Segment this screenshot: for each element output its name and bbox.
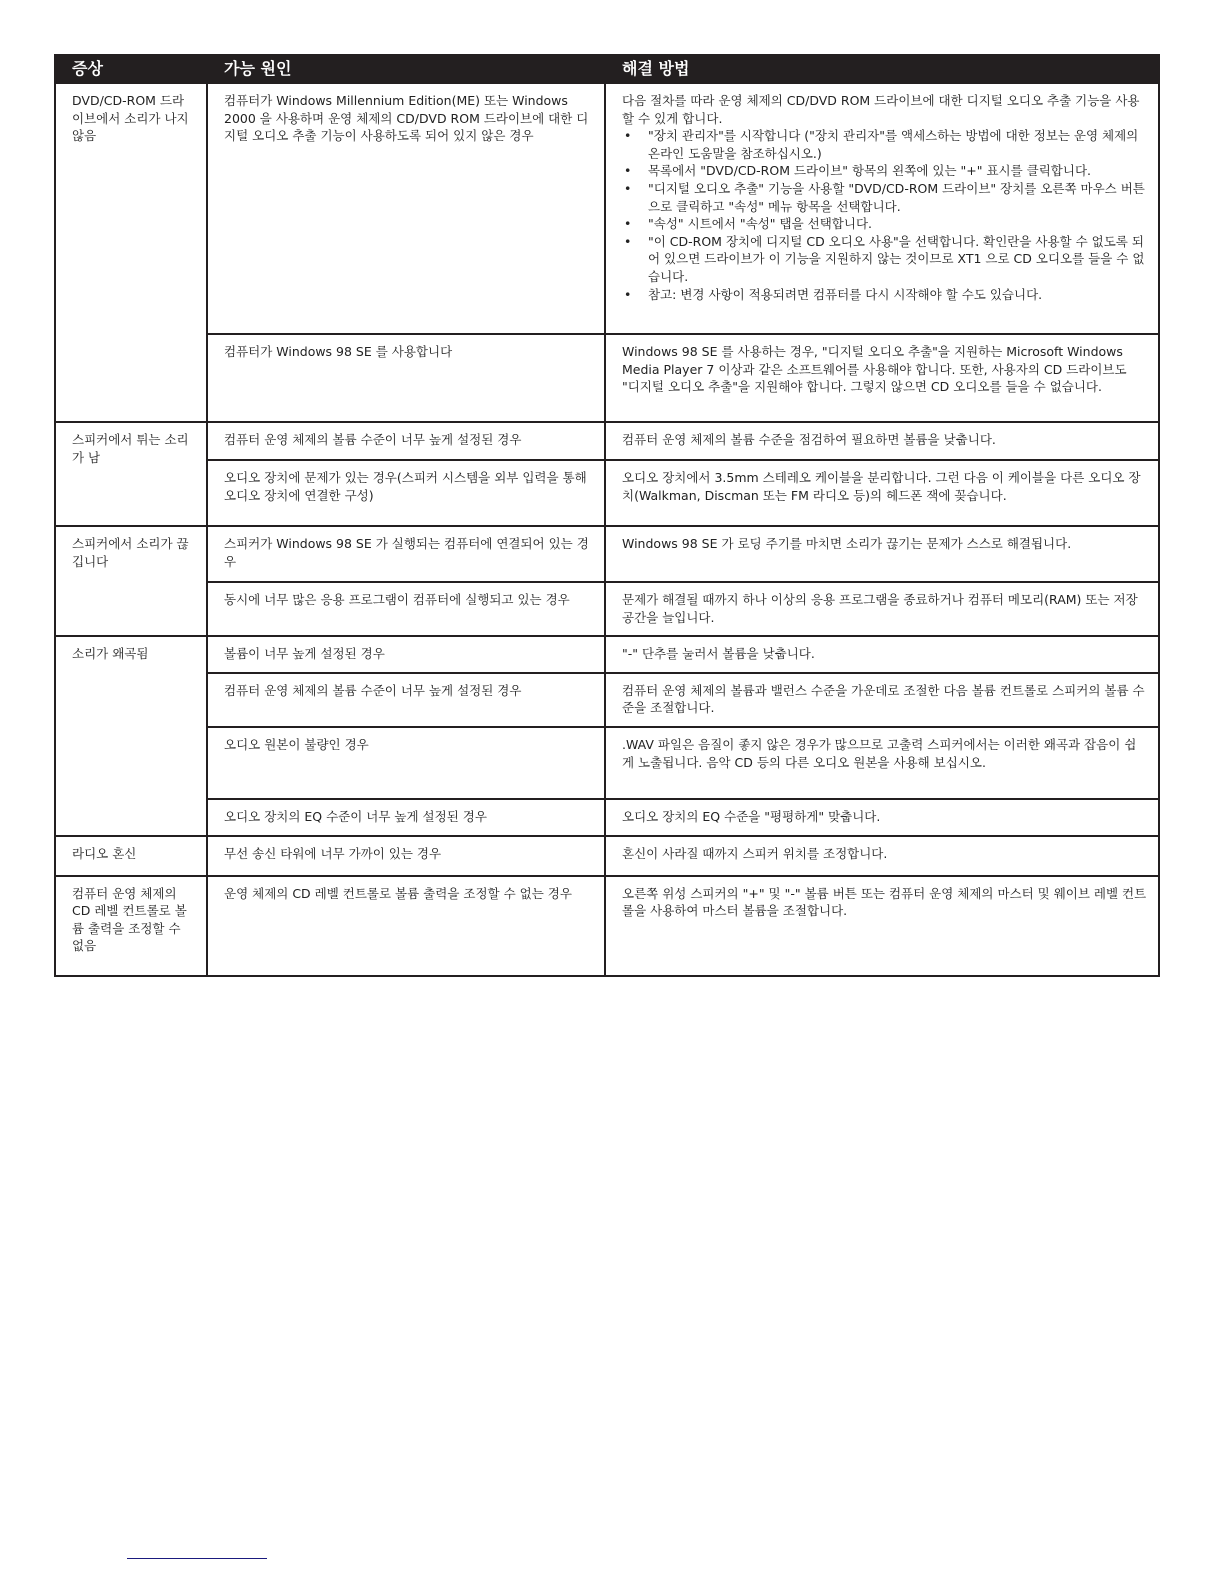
header-solution: 해결 방법 (605, 55, 1159, 83)
symptom-cell: DVD/CD-ROM 드라이브에서 소리가 나지 않음 (55, 83, 207, 422)
cause-cell: 컴퓨터 운영 체제의 볼륨 수준이 너무 높게 설정된 경우 (207, 422, 605, 460)
solution-cell: 컴퓨터 운영 체제의 볼륨 수준을 점검하여 필요하면 볼륨을 낮춥니다. (605, 422, 1159, 460)
cause-cell: 컴퓨터가 Windows Millennium Edition(ME) 또는 W… (207, 83, 605, 334)
cause-cell: 볼륨이 너무 높게 설정된 경우 (207, 636, 605, 673)
solution-cell: 문제가 해결될 때까지 하나 이상의 응용 프로그램을 종료하거나 컴퓨터 메모… (605, 582, 1159, 636)
solution-step: "이 CD-ROM 장치에 디지털 CD 오디오 사용"을 선택합니다. 확인란… (622, 233, 1148, 286)
table-header-row: 증상 가능 원인 해결 방법 (55, 55, 1159, 83)
solution-step: "장치 관리자"를 시작합니다 ("장치 관리자"를 액세스하는 방법에 대한 … (622, 127, 1148, 162)
cause-cell: 오디오 장치에 문제가 있는 경우(스피커 시스템을 외부 입력을 통해 오디오… (207, 460, 605, 526)
solution-step: "속성" 시트에서 "속성" 탭을 선택합니다. (622, 215, 1148, 233)
symptom-cell: 스피커에서 튀는 소리가 남 (55, 422, 207, 526)
solution-cell: 혼신이 사라질 때까지 스피커 위치를 조정합니다. (605, 836, 1159, 876)
table-row: 컴퓨터 운영 체제의 볼륨 수준이 너무 높게 설정된 경우 컴퓨터 운영 체제… (55, 673, 1159, 727)
solution-step: 목록에서 "DVD/CD-ROM 드라이브" 항목의 왼쪽에 있는 "+" 표시… (622, 162, 1148, 180)
table-row: 오디오 장치의 EQ 수준이 너무 높게 설정된 경우 오디오 장치의 EQ 수… (55, 799, 1159, 836)
solution-intro: 다음 절차를 따라 운영 체제의 CD/DVD ROM 드라이브에 대한 디지털… (622, 92, 1148, 127)
solution-cell: 오디오 장치에서 3.5mm 스테레오 케이블을 분리합니다. 그런 다음 이 … (605, 460, 1159, 526)
cause-cell: 오디오 원본이 불량인 경우 (207, 727, 605, 799)
table-row: DVD/CD-ROM 드라이브에서 소리가 나지 않음 컴퓨터가 Windows… (55, 83, 1159, 334)
solution-step: 참고: 변경 사항이 적용되려면 컴퓨터를 다시 시작해야 할 수도 있습니다. (622, 286, 1148, 304)
symptom-cell: 스피커에서 소리가 끊깁니다 (55, 526, 207, 636)
cause-cell: 컴퓨터 운영 체제의 볼륨 수준이 너무 높게 설정된 경우 (207, 673, 605, 727)
header-cause: 가능 원인 (207, 55, 605, 83)
table-row: 동시에 너무 많은 응용 프로그램이 컴퓨터에 실행되고 있는 경우 문제가 해… (55, 582, 1159, 636)
solution-cell: 오른쪽 위성 스피커의 "+" 및 "-" 볼륨 버튼 또는 컴퓨터 운영 체제… (605, 876, 1159, 976)
cause-cell: 오디오 장치의 EQ 수준이 너무 높게 설정된 경우 (207, 799, 605, 836)
solution-steps: "장치 관리자"를 시작합니다 ("장치 관리자"를 액세스하는 방법에 대한 … (622, 127, 1148, 303)
solution-step: "디지털 오디오 추출" 기능을 사용할 "DVD/CD-ROM 드라이브" 장… (622, 180, 1148, 215)
table-row: 오디오 장치에 문제가 있는 경우(스피커 시스템을 외부 입력을 통해 오디오… (55, 460, 1159, 526)
cause-cell: 스피커가 Windows 98 SE 가 실행되는 컴퓨터에 연결되어 있는 경… (207, 526, 605, 582)
solution-cell: "-" 단추를 눌러서 볼륨을 낮춥니다. (605, 636, 1159, 673)
symptom-cell: 라디오 혼신 (55, 836, 207, 876)
footer-divider-line (127, 1558, 267, 1559)
table-row: 소리가 왜곡됨 볼륨이 너무 높게 설정된 경우 "-" 단추를 눌러서 볼륨을… (55, 636, 1159, 673)
symptom-cell: 소리가 왜곡됨 (55, 636, 207, 835)
table-row: 컴퓨터 운영 체제의 CD 레벨 컨트롤로 볼륨 출력을 조정할 수 없음 운영… (55, 876, 1159, 976)
solution-cell: Windows 98 SE 가 로딩 주기를 마치면 소리가 끊기는 문제가 스… (605, 526, 1159, 582)
cause-cell: 무선 송신 타워에 너무 가까이 있는 경우 (207, 836, 605, 876)
table-row: 스피커에서 소리가 끊깁니다 스피커가 Windows 98 SE 가 실행되는… (55, 526, 1159, 582)
table-row: 오디오 원본이 불량인 경우 .WAV 파일은 음질이 좋지 않은 경우가 많으… (55, 727, 1159, 799)
table-row: 라디오 혼신 무선 송신 타워에 너무 가까이 있는 경우 혼신이 사라질 때까… (55, 836, 1159, 876)
table-row: 컴퓨터가 Windows 98 SE 를 사용합니다 Windows 98 SE… (55, 334, 1159, 422)
solution-cell: 컴퓨터 운영 체제의 볼륨과 밸런스 수준을 가운데로 조절한 다음 볼륨 컨트… (605, 673, 1159, 727)
symptom-cell: 컴퓨터 운영 체제의 CD 레벨 컨트롤로 볼륨 출력을 조정할 수 없음 (55, 876, 207, 976)
table-row: 스피커에서 튀는 소리가 남 컴퓨터 운영 체제의 볼륨 수준이 너무 높게 설… (55, 422, 1159, 460)
cause-cell: 동시에 너무 많은 응용 프로그램이 컴퓨터에 실행되고 있는 경우 (207, 582, 605, 636)
troubleshooting-table: 증상 가능 원인 해결 방법 DVD/CD-ROM 드라이브에서 소리가 나지 … (54, 54, 1160, 977)
cause-cell: 운영 체제의 CD 레벨 컨트롤로 볼륨 출력을 조정할 수 없는 경우 (207, 876, 605, 976)
solution-cell: Windows 98 SE 를 사용하는 경우, "디지털 오디오 추출"을 지… (605, 334, 1159, 422)
solution-cell: .WAV 파일은 음질이 좋지 않은 경우가 많으므로 고출력 스피커에서는 이… (605, 727, 1159, 799)
solution-cell: 오디오 장치의 EQ 수준을 "평평하게" 맞춥니다. (605, 799, 1159, 836)
solution-cell: 다음 절차를 따라 운영 체제의 CD/DVD ROM 드라이브에 대한 디지털… (605, 83, 1159, 334)
cause-cell: 컴퓨터가 Windows 98 SE 를 사용합니다 (207, 334, 605, 422)
header-symptom: 증상 (55, 55, 207, 83)
